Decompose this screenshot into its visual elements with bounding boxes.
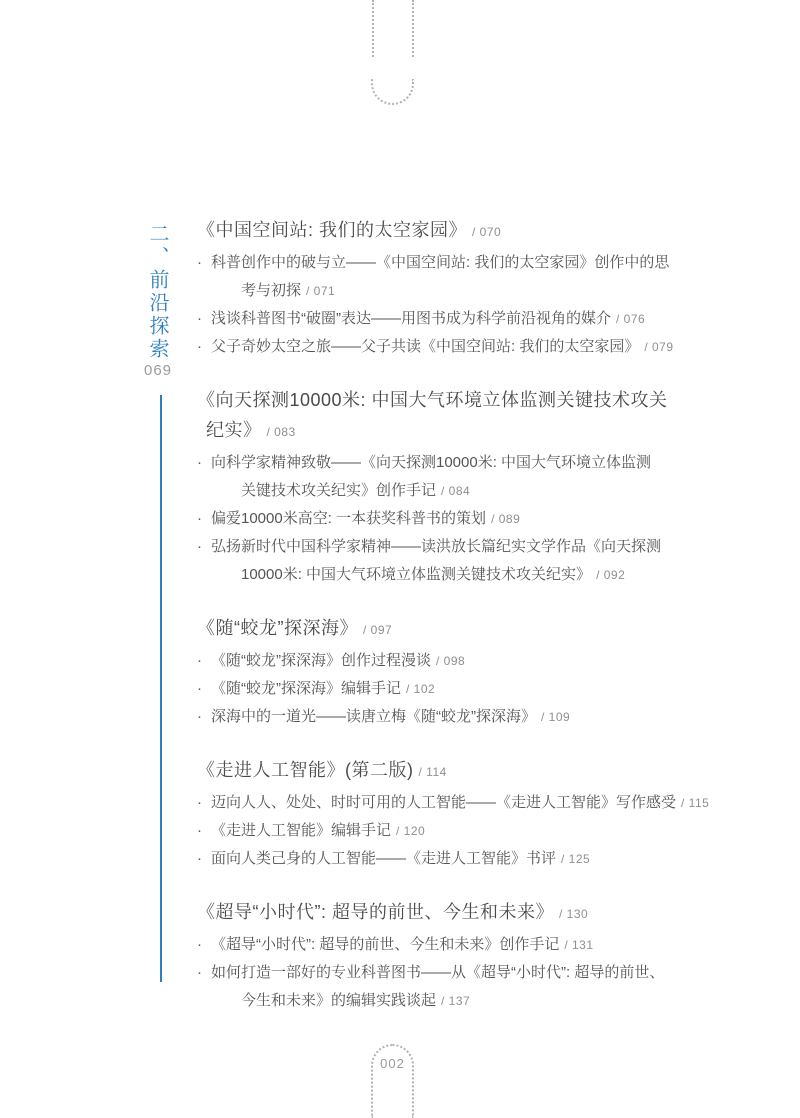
toc-item-line: ·父子奇妙太空之旅——父子共读《中国空间站: 我们的太空家园》/ 079 — [197, 333, 702, 361]
toc-item-line: ·如何打造一部好的专业科普图书——从《超导“小时代”: 超导的前世、 — [197, 959, 702, 987]
toc-item: ·深海中的一道光——读唐立梅《随“蛟龙”探深海》/ 109 — [197, 703, 702, 731]
toc-item: ·如何打造一部好的专业科普图书——从《超导“小时代”: 超导的前世、今生和未来》… — [197, 959, 702, 1015]
book-title-line: 《中国空间站: 我们的太空家园》/ 070 — [197, 215, 702, 247]
book-title-line: 《向天探测10000米: 中国大气环境立体监测关键技术攻关 — [197, 385, 702, 415]
toc-section: 《向天探测10000米: 中国大气环境立体监测关键技术攻关纪实》/ 083·向科… — [197, 385, 702, 589]
book-title-line: 《随“蛟龙”探深海》/ 097 — [197, 613, 702, 645]
page-number-ref: / 071 — [306, 284, 335, 298]
chapter-vertical-title: 二、前沿探索 — [144, 223, 170, 361]
toc-item: ·偏爱10000米高空: 一本获奖科普书的策划/ 089 — [197, 505, 702, 533]
book-title: 《随“蛟龙”探深海》/ 097 — [197, 613, 702, 645]
page-number-ref: / 098 — [436, 654, 465, 668]
page-number-ref: / 076 — [616, 312, 645, 326]
page-number-ref: / 092 — [596, 568, 625, 582]
footer-page-number: 002 — [373, 1056, 412, 1071]
accent-vertical-line — [160, 395, 162, 982]
book-title: 《超导“小时代”: 超导的前世、今生和未来》/ 130 — [197, 897, 702, 929]
bullet-dot: · — [197, 533, 211, 561]
toc-content: 《中国空间站: 我们的太空家园》/ 070·科普创作中的破与立——《中国空间站:… — [197, 215, 702, 1039]
page-number-ref: / 125 — [561, 852, 590, 866]
page-number-ref: / 070 — [472, 225, 501, 239]
bullet-dot: · — [197, 959, 211, 987]
toc-item-line: ·浅谈科普图书“破圈”表达——用图书成为科学前沿视角的媒介/ 076 — [197, 305, 702, 333]
bullet-dot: · — [197, 789, 211, 817]
toc-section: 《超导“小时代”: 超导的前世、今生和未来》/ 130·《超导“小时代”: 超导… — [197, 897, 702, 1015]
page-number-ref: / 084 — [441, 484, 470, 498]
toc-item-line: ·《超导“小时代”: 超导的前世、今生和未来》创作手记/ 131 — [197, 931, 702, 959]
book-title-line: 《超导“小时代”: 超导的前世、今生和未来》/ 130 — [197, 897, 702, 929]
bullet-dot: · — [197, 817, 211, 845]
toc-item: ·向科学家精神致敬——《向天探测10000米: 中国大气环境立体监测关键技术攻关… — [197, 449, 702, 505]
book-title-line: 纪实》/ 083 — [197, 415, 702, 447]
toc-section: 《中国空间站: 我们的太空家园》/ 070·科普创作中的破与立——《中国空间站:… — [197, 215, 702, 361]
page-number-ref: / 130 — [559, 907, 588, 921]
bullet-dot: · — [197, 305, 211, 333]
page-number-ref: / 120 — [396, 824, 425, 838]
bottom-page-arch: 002 — [371, 1044, 414, 1118]
toc-item-line: ·面向人类己身的人工智能——《走进人工智能》书评/ 125 — [197, 845, 702, 873]
toc-item-line: ·科普创作中的破与立——《中国空间站: 我们的太空家园》创作中的思 — [197, 249, 702, 277]
bullet-dot: · — [197, 931, 211, 959]
bullet-dot: · — [197, 505, 211, 533]
book-title: 《走进人工智能》(第二版)/ 114 — [197, 755, 702, 787]
page-number-ref: / 109 — [541, 710, 570, 724]
toc-item: ·科普创作中的破与立——《中国空间站: 我们的太空家园》创作中的思考与初探/ 0… — [197, 249, 702, 305]
toc-section: 《随“蛟龙”探深海》/ 097·《随“蛟龙”探深海》创作过程漫谈/ 098·《随… — [197, 613, 702, 731]
page-number-ref: / 114 — [419, 765, 447, 779]
book-title: 《中国空间站: 我们的太空家园》/ 070 — [197, 215, 702, 247]
toc-item-line: ·偏爱10000米高空: 一本获奖科普书的策划/ 089 — [197, 505, 702, 533]
bullet-dot: · — [197, 647, 211, 675]
book-title: 《向天探测10000米: 中国大气环境立体监测关键技术攻关纪实》/ 083 — [197, 385, 702, 447]
toc-item-line: ·《走进人工智能》编辑手记/ 120 — [197, 817, 702, 845]
toc-item: ·《走进人工智能》编辑手记/ 120 — [197, 817, 702, 845]
toc-section: 《走进人工智能》(第二版)/ 114·迈向人人、处处、时时可用的人工智能——《走… — [197, 755, 702, 873]
page-number-ref: / 079 — [644, 340, 673, 354]
bullet-dot: · — [197, 845, 211, 873]
top-ribbon-u-arc — [371, 79, 414, 105]
page-number-ref: / 083 — [267, 425, 296, 439]
toc-item-line: 关键技术攻关纪实》创作手记/ 084 — [197, 477, 702, 505]
page-number-ref: / 115 — [681, 796, 709, 810]
toc-item: ·面向人类己身的人工智能——《走进人工智能》书评/ 125 — [197, 845, 702, 873]
toc-item-line: 考与初探/ 071 — [197, 277, 702, 305]
bullet-dot: · — [197, 449, 211, 477]
toc-item-line: ·迈向人人、处处、时时可用的人工智能——《走进人工智能》写作感受/ 115 — [197, 789, 702, 817]
page-number-ref: / 137 — [441, 994, 470, 1008]
book-title-line: 《走进人工智能》(第二版)/ 114 — [197, 755, 702, 787]
chapter-start-page: 069 — [144, 362, 172, 379]
toc-item: ·《随“蛟龙”探深海》创作过程漫谈/ 098 — [197, 647, 702, 675]
toc-item: ·父子奇妙太空之旅——父子共读《中国空间站: 我们的太空家园》/ 079 — [197, 333, 702, 361]
bullet-dot: · — [197, 703, 211, 731]
page-number-ref: / 097 — [363, 623, 392, 637]
toc-item: ·迈向人人、处处、时时可用的人工智能——《走进人工智能》写作感受/ 115 — [197, 789, 702, 817]
book-toc-page: { "page": { "accent_blue": "#2e7fc2", "t… — [0, 0, 800, 1118]
toc-item-line: ·《随“蛟龙”探深海》创作过程漫谈/ 098 — [197, 647, 702, 675]
toc-item-line: ·《随“蛟龙”探深海》编辑手记/ 102 — [197, 675, 702, 703]
page-number-ref: / 089 — [491, 512, 520, 526]
toc-item-line: ·向科学家精神致敬——《向天探测10000米: 中国大气环境立体监测 — [197, 449, 702, 477]
top-ribbon-left-dotted-line — [372, 0, 374, 57]
bullet-dot: · — [197, 249, 211, 277]
top-ribbon-right-dotted-line — [412, 0, 414, 57]
toc-item: ·弘扬新时代中国科学家精神——读洪放长篇纪实文学作品《向天探测10000米: 中… — [197, 533, 702, 589]
bullet-dot: · — [197, 675, 211, 703]
toc-item-line: 10000米: 中国大气环境立体监测关键技术攻关纪实》/ 092 — [197, 561, 702, 589]
bullet-dot: · — [197, 333, 211, 361]
toc-item: ·《随“蛟龙”探深海》编辑手记/ 102 — [197, 675, 702, 703]
toc-item-line: ·深海中的一道光——读唐立梅《随“蛟龙”探深海》/ 109 — [197, 703, 702, 731]
toc-item: ·浅谈科普图书“破圈”表达——用图书成为科学前沿视角的媒介/ 076 — [197, 305, 702, 333]
page-number-ref: / 102 — [406, 682, 435, 696]
toc-item: ·《超导“小时代”: 超导的前世、今生和未来》创作手记/ 131 — [197, 931, 702, 959]
page-number-ref: / 131 — [564, 938, 593, 952]
toc-item-line: 今生和未来》的编辑实践谈起/ 137 — [197, 987, 702, 1015]
toc-item-line: ·弘扬新时代中国科学家精神——读洪放长篇纪实文学作品《向天探测 — [197, 533, 702, 561]
